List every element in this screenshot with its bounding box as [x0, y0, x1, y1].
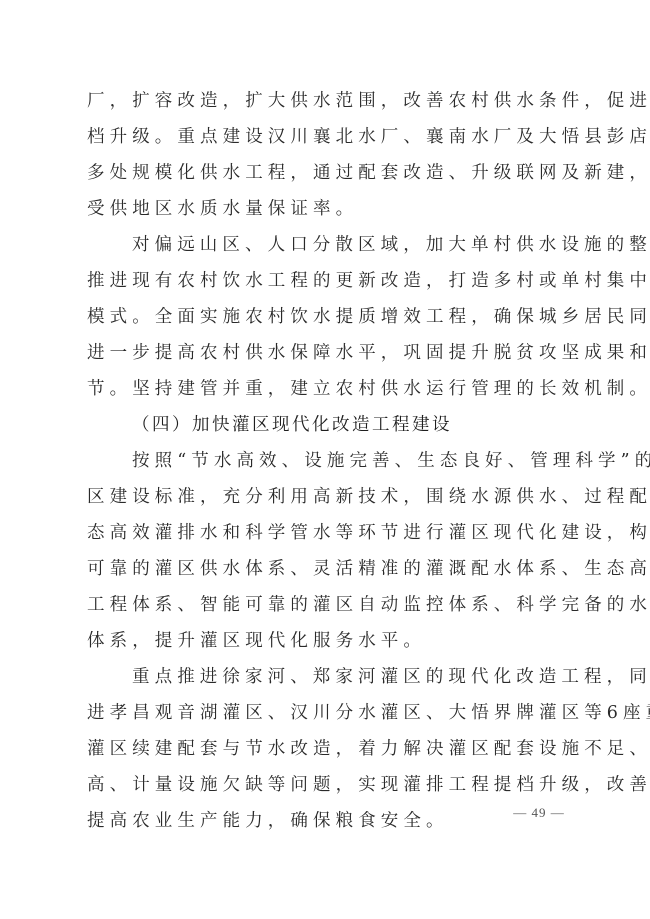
- text-line: 厂，扩容改造，扩大供水范围，改善农村供水条件，促进农村供水提: [87, 83, 565, 119]
- text-line: 可靠的灌区供水体系、灵活精准的灌溉配水体系、生态高效的灌排: [87, 551, 565, 587]
- text-line: 工程体系、智能可靠的灌区自动监控体系、科学完备的水管理保障: [87, 587, 565, 623]
- section-heading: （四）加快灌区现代化改造工程建设: [87, 407, 565, 443]
- text-line: 进一步提高农村供水保障水平，巩固提升脱贫攻坚成果和薄弱环: [87, 335, 565, 371]
- text-line: 提高农业生产能力，确保粮食安全。: [87, 803, 565, 839]
- text-line: 受供地区水质水量保证率。: [87, 191, 565, 227]
- text-line: 节。坚持建管并重，建立农村供水运行管理的长效机制。: [87, 371, 565, 407]
- text-line: 档升级。重点建设汉川襄北水厂、襄南水厂及大悟县彭店水库等: [87, 119, 565, 155]
- text-line: 推进现有农村饮水工程的更新改造，打造多村或单村集中式供水: [87, 263, 565, 299]
- text-line: 体系，提升灌区现代化服务水平。: [87, 623, 565, 659]
- text-line: 对偏远山区、人口分散区域，加大单村供水设施的整合力度，: [87, 227, 565, 263]
- text-line: 多处规模化供水工程，通过配套改造、升级联网及新建，切实提高: [87, 155, 565, 191]
- page-number: — 49 —: [512, 805, 566, 821]
- text-line: 重点推进徐家河、郑家河灌区的现代化改造工程，同时稳步推: [87, 659, 565, 695]
- text-line: 高、计量设施欠缺等问题，实现灌排工程提档升级，改善灌溉条件，: [87, 767, 565, 803]
- body-text: 厂，扩容改造，扩大供水范围，改善农村供水条件，促进农村供水提 档升级。重点建设汉…: [87, 83, 565, 839]
- document-page: 厂，扩容改造，扩大供水范围，改善农村供水条件，促进农村供水提 档升级。重点建设汉…: [0, 0, 650, 919]
- text-line: 灌区续建配套与节水改造，着力解决灌区配套设施不足、标准不: [87, 731, 565, 767]
- text-line: 进孝昌观音湖灌区、汉川分水灌区、大悟界牌灌区等6座重点中型: [87, 695, 565, 731]
- text-line: 按照“节水高效、设施完善、生态良好、管理科学”的现代化灌: [87, 443, 565, 479]
- text-line: 区建设标准，充分利用高新技术，围绕水源供水、过程配水、田间生: [87, 479, 565, 515]
- text-line: 模式。全面实施农村饮水提质增效工程，确保城乡居民同质饮水，: [87, 299, 565, 335]
- text-line: 态高效灌排水和科学管水等环节进行灌区现代化建设，构建安全: [87, 515, 565, 551]
